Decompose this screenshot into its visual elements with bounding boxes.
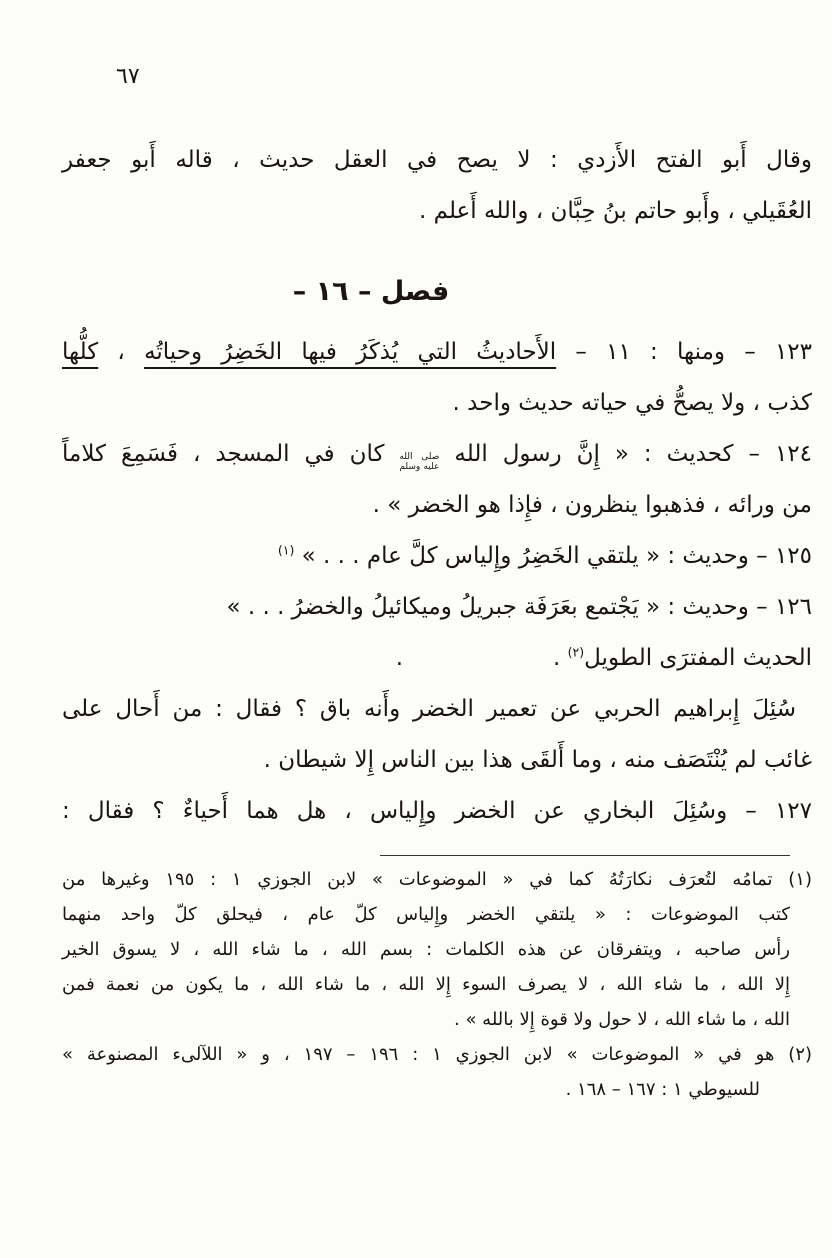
- pbuh-line-2: عليه وسلم: [399, 462, 439, 472]
- pbuh-honorific-mark: صلى اللهعليه وسلم: [399, 452, 439, 472]
- footnotes-block: (١) تمامُه لتُعرَف نكارَتُهُ كما في « ال…: [62, 862, 812, 1107]
- footnote-1-line-4: إِلا الله ، ما شاء الله ، لا يصرف السوء …: [62, 967, 812, 1002]
- book-page: ٦٧ وقال أَبو الفتح الأَزدي : لا يصح في ا…: [0, 0, 832, 1258]
- paragraph-124-text-post: كان في المسجد ، فَسَمِعَ كلاماً: [62, 441, 399, 467]
- paragraph-123-underlined-phrase: الأَحاديثُ التي يُذكَرُ فيها الخَضِرُ وح…: [144, 339, 556, 365]
- section-heading: فصل – ١٦ –: [62, 271, 680, 313]
- footnote-ref-2: (٢): [568, 644, 585, 659]
- stray-period: .: [396, 645, 403, 671]
- text-column: وقال أَبو الفتح الأَزدي : لا يصح في العق…: [62, 135, 812, 1107]
- paragraph-127: ١٢٧ – وسُئِلَ البخاري عن الخضر وإِلياس ،…: [62, 786, 812, 837]
- footnote-1-line-5: الله ، ما شاء الله ، لا حول ولا قوة إِلا…: [62, 1002, 812, 1037]
- paragraph-124-text-pre: ١٢٤ – كحديث : « إِنَّ رسول الله: [439, 441, 812, 467]
- footnote-2-line-1: (٢) هو في « الموضوعات » لابن الجوزي ١ : …: [62, 1037, 812, 1072]
- footnote-2-line-2: للسيوطي ١ : ١٦٧ – ١٦٨ .: [62, 1072, 812, 1107]
- pbuh-line-1: صلى الله: [399, 452, 439, 462]
- paragraph-124-line-2: من ورائه ، فذهبوا ينظرون ، فإِذا هو الخض…: [62, 480, 812, 531]
- paragraph-125-text: ١٢٥ – وحديث : « يلتقي الخَضِرُ وإِلياس ك…: [294, 543, 812, 569]
- paragraph-126-line-2: الحديث المفترَى الطويل(٢) ..: [62, 633, 812, 684]
- paragraph-126-text: الحديث المفترَى الطويل: [584, 645, 812, 671]
- footnote-separator-rule: [380, 855, 790, 856]
- paragraph-123-underlined-word: كلُّها: [62, 339, 98, 365]
- paragraph-123-line-1: ١٢٣ – ومنها : ١١ – الأَحاديثُ التي يُذكَ…: [62, 327, 812, 378]
- paragraph-harbi-line-1: سُئِلَ إِبراهيم الحربي عن تعمير الخضر وأ…: [62, 684, 812, 735]
- paragraph-harbi-line-2: غائب لم يُنْتَصَف منه ، وما أَلقَى هذا ب…: [62, 735, 812, 786]
- footnote-1-line-2: كتب الموضوعات : « يلتقي الخضر وإِلياس كل…: [62, 897, 812, 932]
- intro-line-2: العُقَيلي ، وأَبو حاتم بنُ حِبَّان ، وال…: [62, 186, 812, 237]
- paragraph-125: ١٢٥ – وحديث : « يلتقي الخَضِرُ وإِلياس ك…: [62, 531, 812, 582]
- paragraph-123-line-2: كذب ، ولا يصحُّ في حياته حديث واحد .: [62, 378, 812, 429]
- paragraph-124-line-1: ١٢٤ – كحديث : « إِنَّ رسول الله صلى الله…: [62, 429, 812, 480]
- paragraph-126-period: .: [553, 645, 568, 671]
- paragraph-123-separator: ،: [98, 339, 144, 365]
- footnote-ref-1: (١): [278, 542, 295, 557]
- footnote-1-line-3: رأس صاحبه ، ويتفرقان عن هذه الكلمات : بس…: [62, 932, 812, 967]
- page-number: ٦٧: [116, 64, 140, 89]
- intro-line-1: وقال أَبو الفتح الأَزدي : لا يصح في العق…: [62, 135, 812, 186]
- paragraph-123-prefix: ١٢٣ – ومنها : ١١ –: [556, 339, 812, 365]
- paragraph-126-line-1: ١٢٦ – وحديث : « يَجْتمع بعَرَفَة جبريلُ …: [62, 582, 812, 633]
- footnote-1-line-1: (١) تمامُه لتُعرَف نكارَتُهُ كما في « ال…: [62, 862, 812, 897]
